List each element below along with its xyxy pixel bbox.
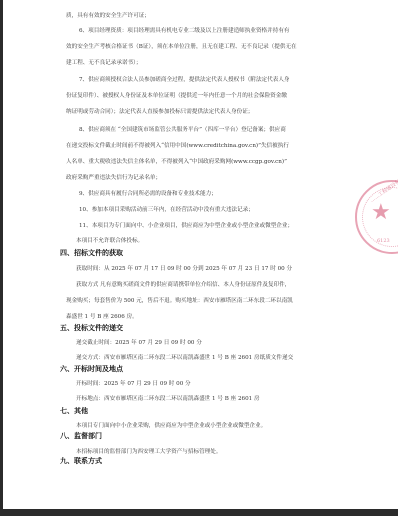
text-line: 本招标项目的监督部门为西安理工大学资产与招标管理处。	[76, 448, 221, 456]
text-line: 递交方式：西安市雁塔区南二环东段二环以南凯森盛世 1 号 B 座 2601 房纸…	[76, 354, 293, 362]
text-line: 效的安全生产考核合格证书（B证），须在本单位注册，且无在建工程、无不良记录（提供…	[66, 43, 297, 51]
section-heading: 六、开标时间及地点	[60, 364, 123, 373]
text-line: 6、项目经理资质：项目经理需具有机电专业二级及以上注册建造师执业资格并持有有	[79, 27, 290, 35]
section-heading: 八、监督部门	[60, 431, 102, 440]
text-line: 建工程、无不良记录承诺书）；	[66, 59, 142, 67]
text-line: 7、供应商须授权合法人员参加磋商全过程，提供法定代表人授权书（附法定代表人身	[79, 76, 290, 84]
section-heading: 九、联系方式	[60, 456, 102, 465]
text-line: 现金购买；每套售价为 500 元，售后不退。购买地址：西安市雁塔区南二环东段二环…	[66, 297, 293, 305]
text-line: 人名单、重大税收违法失信主体名单，不得被列入“中国政府采购网(www.ccgp.…	[66, 158, 287, 166]
text-line: 份证复印件）、被授权人身份证及本单位证明（提供近一年内任意一个月的社会保险资金缴	[66, 92, 287, 100]
text-line: 9、供应商具有履行合同所必需的设备和专业技术能力；	[79, 190, 217, 198]
text-line: 森盛世 1 号 B 座 2606 房。	[66, 313, 138, 321]
seal-star-icon: ★	[371, 202, 391, 224]
text-line: 政府采购严重违法失信行为记录名单；	[66, 174, 161, 182]
text-line: 10、参加本项目采购活动前三年内，在经营活动中没有重大违法记录；	[79, 206, 254, 214]
text-line: 11、本项目为专门面向中、小企业项目，供应商应为中型企业或小型企业或微型企业；	[79, 222, 293, 230]
text-line: 递交截止时间：2025 年 07 月 29 日 09 时 00 分	[76, 339, 202, 347]
section-heading: 四、招标文件的获取	[60, 248, 123, 257]
section-heading: 七、其他	[60, 406, 88, 415]
text-line: 在递交投标文件截止时间前不得被列入“信用中国(www.creditchina.g…	[66, 142, 289, 150]
text-line: 本项目专门面向中小企业采购，供应商应为中型企业或小型企业或微型企业。	[76, 422, 266, 430]
text-line: 8、供应商须在 “全国建筑市场监管公共服务平台”（四库一平台）登记备案；供应商	[79, 126, 286, 134]
document-page: 质，具有有效的安全生产许可证；6、项目经理资质：项目经理需具有机电专业二级及以上…	[3, 0, 398, 509]
text-line: 开标时间：2025 年 07 月 29 日 09 时 00 分	[76, 380, 191, 388]
text-line: 获取方式 凡有意购买磋商文件的供应商请携带单位介绍信、本人身份证原件及复印件，	[76, 281, 290, 289]
text-line: 纳证明或劳动合同）；法定代表人直接参加投标只需提供法定代表人身份证；	[66, 108, 253, 116]
text-line: 开标地点：西安市雁塔区南二环东段二环以南凯森盛世 1 号 B 座 2601 房	[76, 395, 260, 403]
section-heading: 五、投标文件的递交	[60, 323, 123, 332]
text-line: 本项目不允许联合体投标。	[76, 237, 143, 245]
seal-code: 6123	[377, 238, 390, 244]
text-line: 获取时间：从 2025 年 07 月 17 日 09 时 00 分到 2025 …	[76, 265, 292, 273]
company-seal-stamp: ★ ……工程建设有限 6123	[355, 180, 398, 254]
text-line: 质，具有有效的安全生产许可证；	[66, 12, 150, 20]
